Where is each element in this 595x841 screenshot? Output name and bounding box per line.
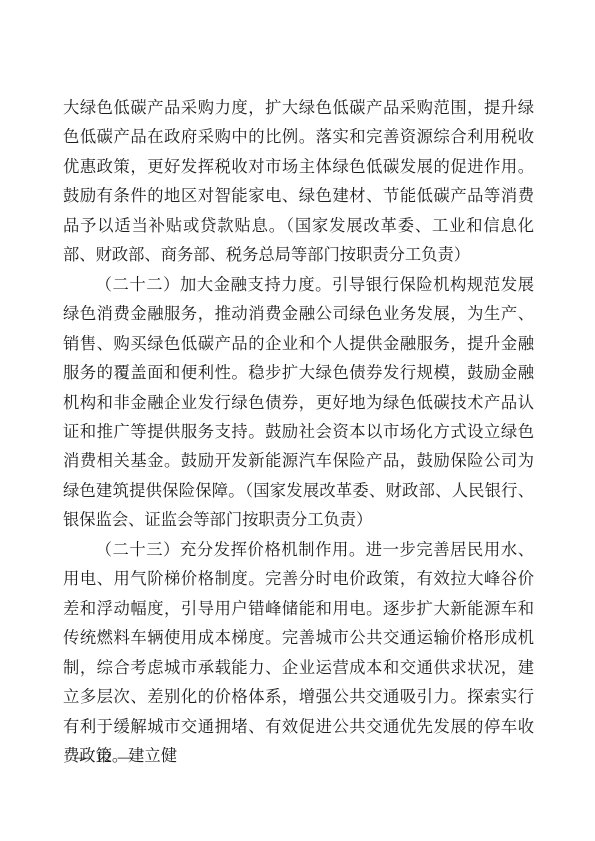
document-body: 大绿色低碳产品采购力度，扩大绿色低碳产品采购范围，提升绿色低碳产品在政府采购中的… xyxy=(63,93,534,770)
paragraph-item-23: （二十三）充分发挥价格机制作用。进一步完善居民用水、用电、用气阶梯价格制度。完善… xyxy=(63,535,534,771)
paragraph-item-22: （二十二）加大金融支持力度。引导银行保险机构规范发展绿色消费金融服务，推动消费金… xyxy=(63,270,534,535)
paragraph-continuation: 大绿色低碳产品采购力度，扩大绿色低碳产品采购范围，提升绿色低碳产品在政府采购中的… xyxy=(63,93,534,270)
page-number: — 12 — xyxy=(74,749,134,767)
document-page: 大绿色低碳产品采购力度，扩大绿色低碳产品采购范围，提升绿色低碳产品在政府采购中的… xyxy=(0,0,595,841)
